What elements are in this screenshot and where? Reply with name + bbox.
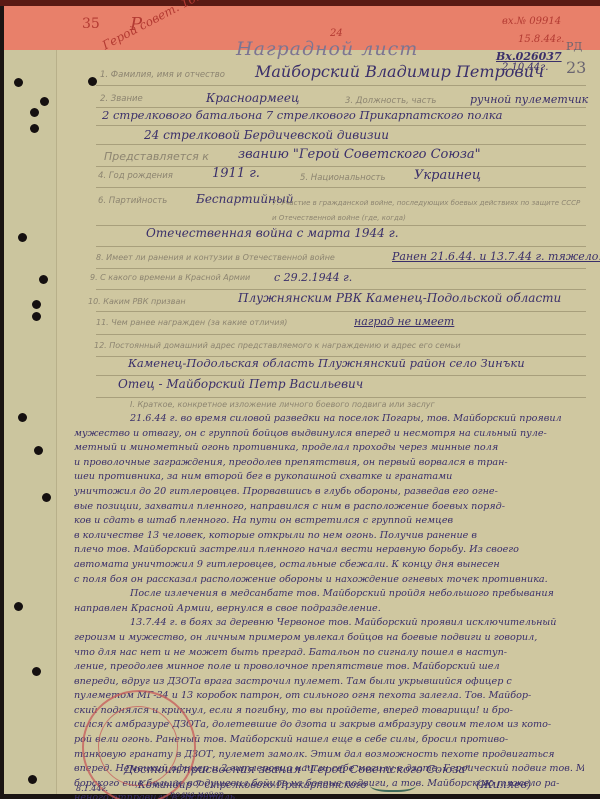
narrative-line: шеи противника, за ним второй бег в руко… — [74, 470, 584, 485]
narrative-line: ков и сдать в штаб пленного. На пути он … — [74, 514, 584, 529]
binder-hole — [14, 602, 23, 611]
rule — [96, 125, 586, 126]
field-label-rank: 2. Звание — [100, 94, 143, 104]
field-value-birth-year: 1911 г. — [212, 166, 260, 181]
binder-hole — [14, 78, 23, 87]
field-label-position: 3. Должность, часть — [345, 96, 436, 106]
field-value-address: Каменец-Подольская область Плужнянский р… — [128, 356, 525, 370]
document-title: Наградной лист — [236, 38, 418, 60]
rule — [96, 289, 586, 290]
binder-hole — [32, 300, 41, 309]
field-label-draft-office: 10. Каким РВК призван — [88, 297, 186, 306]
field-value-father: Отец - Майборский Петр Васильевич — [118, 377, 363, 391]
corner-letter: РД — [566, 40, 582, 53]
narrative-line: героизм и мужество, он личным примером у… — [74, 631, 584, 646]
field-value-rank: Красноармеец — [206, 91, 299, 105]
binder-hole — [30, 124, 39, 133]
narrative-line: 21.6.44 г. во время силовой разведки на … — [74, 412, 584, 427]
field-value-division: 24 стрелковой Бердичевской дивизии — [144, 128, 389, 142]
narrative-line: 13.7.44 г. в боях за деревню Червоное то… — [74, 616, 584, 631]
rule — [96, 187, 586, 188]
narrative-line: вые позиции, захватил пленного, направил… — [74, 500, 584, 515]
binder-hole — [18, 233, 27, 242]
sheet-index: 23 — [566, 58, 586, 77]
rule — [96, 268, 586, 269]
field-value-nominated: званию "Герой Советского Союза" — [238, 147, 481, 162]
narrative-line: После излечения в медсанбате тов. Майбор… — [74, 587, 584, 602]
narrative-line: метный и минометный огонь противника, пр… — [74, 441, 584, 456]
field-label-address: 12. Постоянный домашний адрес представля… — [94, 341, 461, 350]
narrative-line: и проволочные заграждения, преодолев пре… — [74, 456, 584, 471]
field-value-nationality: Украинец — [414, 168, 481, 183]
rule — [96, 397, 586, 398]
binder-hole — [32, 312, 41, 321]
field-value-name: Майборский Владимир Петрович — [255, 62, 544, 81]
section-heading-feat: I. Краткое, конкретное изложение личного… — [130, 400, 435, 409]
rule — [96, 166, 586, 167]
page-number: 35 — [82, 16, 100, 32]
rule — [96, 85, 586, 86]
binder-hole — [32, 667, 41, 676]
narrative-line: уничтожил до 20 гитлеровцев. Прорвавшись… — [74, 485, 584, 500]
narrative-line: плечо тов. Майборский застрелил пленного… — [74, 543, 584, 558]
binder-hole — [18, 413, 27, 422]
binder-hole — [28, 775, 37, 784]
field-value-service-since: с 29.2.1944 г. — [274, 271, 352, 284]
narrative-line: автомата уничтожил 9 гитлеровцев, осталь… — [74, 558, 584, 573]
narrative-line: направлен Красной Армии, вернулся в свое… — [74, 602, 584, 617]
incoming-number: вх.№ 09914 — [502, 16, 561, 27]
field-label-nationality: 5. Национальность — [300, 173, 386, 183]
narrative-line: впереди, вдруг из ДЗОТа врага застрочил … — [74, 675, 584, 690]
rule — [96, 144, 586, 145]
field-label-prior-awards: 11. Чем ранее награжден (за какие отличи… — [96, 318, 287, 327]
rule — [96, 311, 586, 312]
signature-name: (Жиляев) — [476, 778, 531, 791]
binder-hole — [40, 97, 49, 106]
field-label-service-since: 9. С какого времени в Красной Армии — [90, 273, 250, 282]
field-label-war-participation: 7. Участие в гражданской войне, последую… — [272, 196, 582, 226]
field-value-wounds: Ранен 21.6.44. и 13.7.44 г. тяжело. — [392, 250, 600, 263]
field-value-battalion: 2 стрелкового батальона 7 стрелкового Пр… — [102, 108, 503, 122]
narrative-line: что для нас нет и не может быть преград.… — [74, 646, 584, 661]
narrative-line: ление, преодолев минное поле и проволочн… — [74, 660, 584, 675]
binder-hole — [39, 275, 48, 284]
rule — [96, 334, 586, 335]
narrative-line: с поля боя он рассказал расположение обо… — [74, 573, 584, 588]
binder-hole — [42, 493, 51, 502]
incoming-date: 15.8.44г. — [518, 34, 564, 45]
signature-role-line2: полка майор — [170, 790, 224, 799]
field-value-draft-office: Плужнянским РВК Каменец-Подольской облас… — [238, 291, 561, 305]
field-label-birth-year: 4. Год рождения — [98, 171, 173, 181]
field-label-name: 1. Фамилия, имя и отчество — [100, 70, 225, 80]
narrative-line: в количестве 13 человек, которые открыли… — [74, 529, 584, 544]
field-label-nominated: Представляется к — [104, 150, 209, 163]
narrative-line: мужество и отвагу, он с группой бойцов в… — [74, 427, 584, 442]
binder-hole — [34, 446, 43, 455]
signature-scribble — [370, 776, 416, 792]
rule — [96, 375, 586, 376]
rule — [96, 246, 586, 247]
field-value-prior-awards: наград не имеет — [354, 315, 454, 328]
field-value-position: ручной пулеметчик — [470, 93, 588, 106]
date-mark: 8.1.44г. — [76, 784, 108, 793]
binder-hole — [30, 108, 39, 117]
binding-margin — [4, 50, 57, 794]
field-label-party: 6. Партийность — [98, 196, 167, 206]
field-value-war-participation: Отечественная война с марта 1944 г. — [146, 226, 399, 240]
field-label-wounds: 8. Имеет ли ранения и контузии в Отечест… — [96, 253, 335, 262]
